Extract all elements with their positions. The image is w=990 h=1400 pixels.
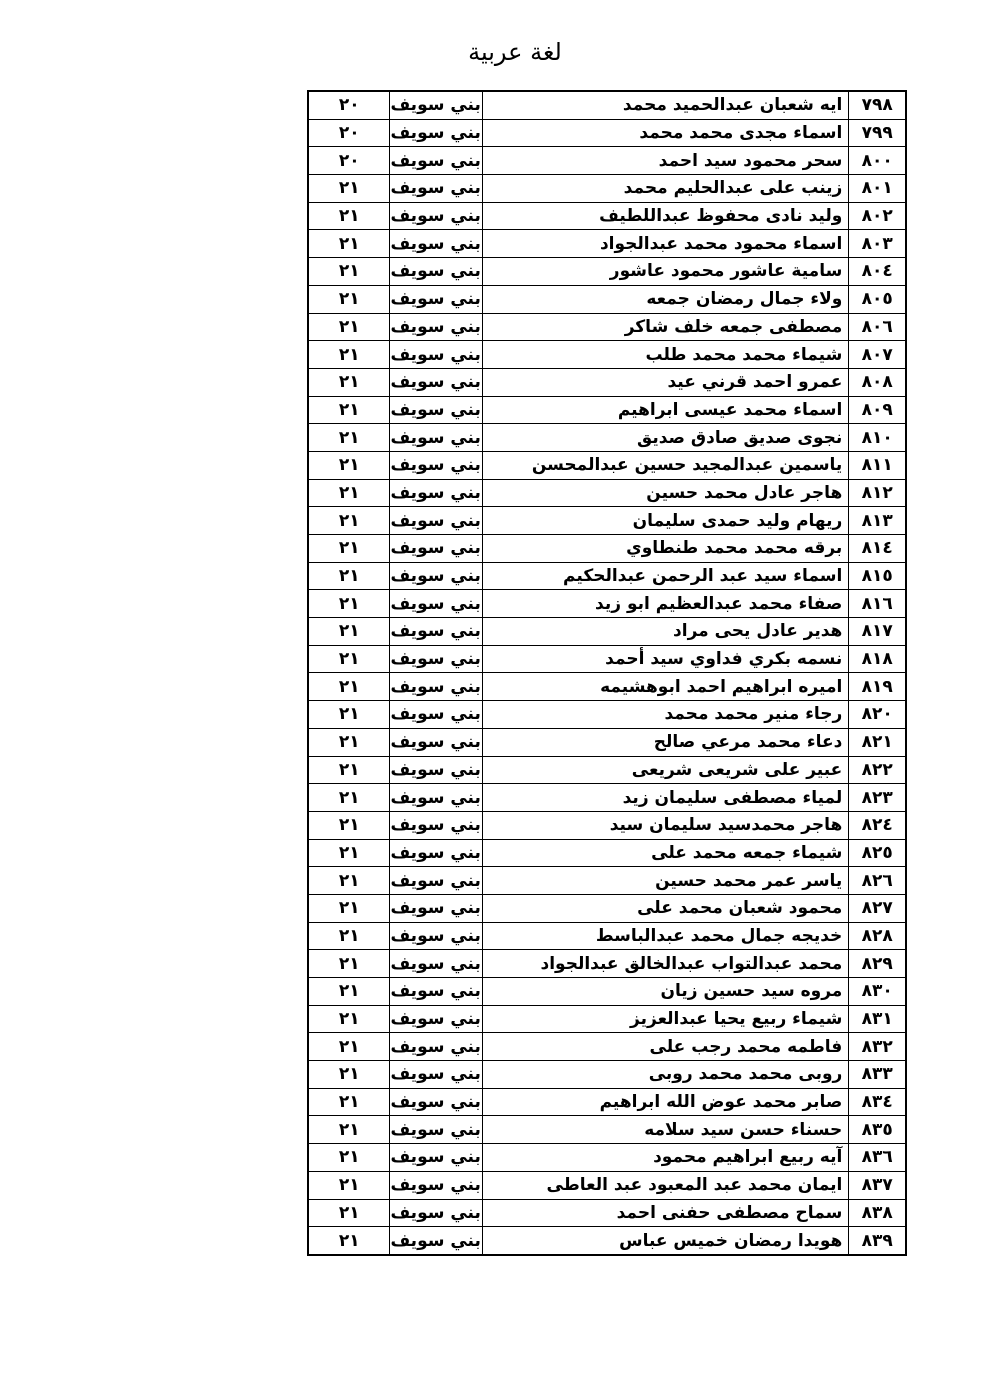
governorate: بني سويف	[390, 1116, 482, 1144]
score-value: ٢١	[308, 894, 390, 922]
governorate: بني سويف	[390, 258, 482, 286]
governorate: بني سويف	[390, 1199, 482, 1227]
table-row: ٨١٩اميره ابراهيم احمد ابوهشيمهبني سويف٢١	[308, 673, 906, 701]
table-row: ٨٢٥شيماء جمعه محمد علىبني سويف٢١	[308, 839, 906, 867]
governorate: بني سويف	[390, 839, 482, 867]
governorate: بني سويف	[390, 784, 482, 812]
governorate: بني سويف	[390, 618, 482, 646]
score-value: ٢١	[308, 1144, 390, 1172]
student-name: اسماء سيد عبد الرحمن عبدالحكيم	[482, 562, 848, 590]
row-number: ٨٠١	[849, 175, 906, 203]
score-value: ٢١	[308, 396, 390, 424]
page-title: لغة عربية	[0, 38, 990, 66]
roster-table: ٧٩٨ايه شعبان عبدالحميد محمدبني سويف٢٠٧٩٩…	[307, 90, 907, 1256]
table-row: ٨٢٠رجاء منير محمد محمدبني سويف٢١	[308, 701, 906, 729]
score-value: ٢١	[308, 728, 390, 756]
governorate: بني سويف	[390, 1171, 482, 1199]
table-row: ٨٣٧ايمان محمد عبد المعبود عبد العاطىبني …	[308, 1171, 906, 1199]
student-name: مروه سيد حسين زيان	[482, 978, 848, 1006]
score-value: ٢١	[308, 479, 390, 507]
table-row: ٨٣٤صابر محمد عوض الله ابراهيمبني سويف٢١	[308, 1088, 906, 1116]
governorate: بني سويف	[390, 1033, 482, 1061]
row-number: ٨٢٧	[849, 894, 906, 922]
governorate: بني سويف	[390, 341, 482, 369]
table-row: ٨٢٩محمد عبدالتواب عبدالخالق عبدالجوادبني…	[308, 950, 906, 978]
governorate: بني سويف	[390, 313, 482, 341]
row-number: ٨٠٩	[849, 396, 906, 424]
row-number: ٨٢٤	[849, 811, 906, 839]
score-value: ٢٠	[308, 147, 390, 175]
governorate: بني سويف	[390, 645, 482, 673]
roster-body: ٧٩٨ايه شعبان عبدالحميد محمدبني سويف٢٠٧٩٩…	[308, 91, 906, 1255]
score-value: ٢١	[308, 285, 390, 313]
row-number: ٨٠٦	[849, 313, 906, 341]
row-number: ٨١١	[849, 451, 906, 479]
row-number: ٨١٧	[849, 618, 906, 646]
student-name: سامية عاشور محمود عاشور	[482, 258, 848, 286]
score-value: ٢١	[308, 368, 390, 396]
score-value: ٢١	[308, 562, 390, 590]
score-value: ٢١	[308, 756, 390, 784]
score-value: ٢١	[308, 1088, 390, 1116]
governorate: بني سويف	[390, 1144, 482, 1172]
row-number: ٧٩٩	[849, 119, 906, 147]
table-row: ٨٢٢عبير على شريعى شريعىبني سويف٢١	[308, 756, 906, 784]
score-value: ٢١	[308, 701, 390, 729]
student-name: محمد عبدالتواب عبدالخالق عبدالجواد	[482, 950, 848, 978]
governorate: بني سويف	[390, 147, 482, 175]
governorate: بني سويف	[390, 396, 482, 424]
governorate: بني سويف	[390, 562, 482, 590]
table-row: ٧٩٩اسماء مجدى محمد محمدبني سويف٢٠	[308, 119, 906, 147]
score-value: ٢٠	[308, 91, 390, 119]
table-row: ٨١٨نسمه بكري فداوي سيد أحمدبني سويف٢١	[308, 645, 906, 673]
row-number: ٨٢٩	[849, 950, 906, 978]
score-value: ٢٠	[308, 119, 390, 147]
student-name: شيماء محمد محمد طلب	[482, 341, 848, 369]
score-value: ٢١	[308, 507, 390, 535]
score-value: ٢١	[308, 839, 390, 867]
table-row: ٨٣٦آيه ربيع ابراهيم محمودبني سويف٢١	[308, 1144, 906, 1172]
student-name: عمرو احمد قرني عيد	[482, 368, 848, 396]
row-number: ٧٩٨	[849, 91, 906, 119]
score-value: ٢١	[308, 1227, 390, 1255]
table-row: ٨٠٢وليد نادى محفوظ عبداللطيفبني سويف٢١	[308, 202, 906, 230]
table-row: ٨٠٩اسماء محمد عيسى ابراهيمبني سويف٢١	[308, 396, 906, 424]
student-name: اسماء محمد عيسى ابراهيم	[482, 396, 848, 424]
governorate: بني سويف	[390, 175, 482, 203]
row-number: ٨١٤	[849, 535, 906, 563]
table-row: ٨١٢هاجر عادل محمد حسينبني سويف٢١	[308, 479, 906, 507]
governorate: بني سويف	[390, 285, 482, 313]
score-value: ٢١	[308, 313, 390, 341]
table-row: ٨٠٣اسماء محمود محمد عبدالجوادبني سويف٢١	[308, 230, 906, 258]
governorate: بني سويف	[390, 701, 482, 729]
score-value: ٢١	[308, 922, 390, 950]
table-row: ٨١٣ريهام وليد حمدى سليمانبني سويف٢١	[308, 507, 906, 535]
student-name: لمياء مصطفى سليمان زيد	[482, 784, 848, 812]
student-name: دعاء محمد مرعي صالح	[482, 728, 848, 756]
row-number: ٨٣١	[849, 1005, 906, 1033]
student-name: ياسمين عبدالمجيد حسين عبدالمحسن	[482, 451, 848, 479]
score-value: ٢١	[308, 451, 390, 479]
student-name: هويدا رمضان خميس عباس	[482, 1227, 848, 1255]
student-name: خديجه جمال محمد عبدالباسط	[482, 922, 848, 950]
governorate: بني سويف	[390, 1088, 482, 1116]
governorate: بني سويف	[390, 451, 482, 479]
student-name: هاجر محمدسيد سليمان سيد	[482, 811, 848, 839]
student-name: سماح مصطفى حفنى احمد	[482, 1199, 848, 1227]
governorate: بني سويف	[390, 1005, 482, 1033]
row-number: ٨٣٤	[849, 1088, 906, 1116]
table-row: ٨٠١زينب على عبدالحليم محمدبني سويف٢١	[308, 175, 906, 203]
table-row: ٨١٧هدير عادل يحى مرادبني سويف٢١	[308, 618, 906, 646]
student-name: شيماء جمعه محمد على	[482, 839, 848, 867]
student-name: اميره ابراهيم احمد ابوهشيمه	[482, 673, 848, 701]
table-row: ٨٣٨سماح مصطفى حفنى احمدبني سويف٢١	[308, 1199, 906, 1227]
table-row: ٨٢٤هاجر محمدسيد سليمان سيدبني سويف٢١	[308, 811, 906, 839]
title-text: لغة عربية	[468, 38, 562, 66]
student-name: اسماء محمود محمد عبدالجواد	[482, 230, 848, 258]
score-value: ٢١	[308, 978, 390, 1006]
governorate: بني سويف	[390, 728, 482, 756]
table-row: ٨٣٠مروه سيد حسين زيانبني سويف٢١	[308, 978, 906, 1006]
governorate: بني سويف	[390, 1227, 482, 1255]
score-value: ٢١	[308, 618, 390, 646]
score-value: ٢١	[308, 811, 390, 839]
row-number: ٨٣٧	[849, 1171, 906, 1199]
row-number: ٨١٢	[849, 479, 906, 507]
row-number: ٨١٣	[849, 507, 906, 535]
table-row: ٨١٠نجوى صديق صادق صديقبني سويف٢١	[308, 424, 906, 452]
score-value: ٢١	[308, 175, 390, 203]
governorate: بني سويف	[390, 673, 482, 701]
student-name: ايمان محمد عبد المعبود عبد العاطى	[482, 1171, 848, 1199]
row-number: ٨٢٠	[849, 701, 906, 729]
score-value: ٢١	[308, 673, 390, 701]
row-number: ٨٢٥	[849, 839, 906, 867]
score-value: ٢١	[308, 424, 390, 452]
score-value: ٢١	[308, 1061, 390, 1089]
row-number: ٨٠٨	[849, 368, 906, 396]
table-row: ٨٠٧شيماء محمد محمد طلببني سويف٢١	[308, 341, 906, 369]
row-number: ٨٢٢	[849, 756, 906, 784]
table-row: ٨١١ياسمين عبدالمجيد حسين عبدالمحسنبني سو…	[308, 451, 906, 479]
row-number: ٨٠٧	[849, 341, 906, 369]
row-number: ٨٣٢	[849, 1033, 906, 1061]
row-number: ٨٠٠	[849, 147, 906, 175]
governorate: بني سويف	[390, 590, 482, 618]
row-number: ٨٣٣	[849, 1061, 906, 1089]
student-name: فاطمه محمد رجب على	[482, 1033, 848, 1061]
student-name: ايه شعبان عبدالحميد محمد	[482, 91, 848, 119]
governorate: بني سويف	[390, 368, 482, 396]
score-value: ٢١	[308, 341, 390, 369]
row-number: ٨٠٣	[849, 230, 906, 258]
student-name: زينب على عبدالحليم محمد	[482, 175, 848, 203]
score-value: ٢١	[308, 535, 390, 563]
governorate: بني سويف	[390, 535, 482, 563]
score-value: ٢١	[308, 867, 390, 895]
student-name: آيه ربيع ابراهيم محمود	[482, 1144, 848, 1172]
governorate: بني سويف	[390, 91, 482, 119]
row-number: ٨٣٨	[849, 1199, 906, 1227]
table-row: ٨٢٦ياسر عمر محمد حسينبني سويف٢١	[308, 867, 906, 895]
score-value: ٢١	[308, 1033, 390, 1061]
student-name: ياسر عمر محمد حسين	[482, 867, 848, 895]
student-name: سحر محمود سيد احمد	[482, 147, 848, 175]
row-number: ٨٣٠	[849, 978, 906, 1006]
table-row: ٨٣٩هويدا رمضان خميس عباسبني سويف٢١	[308, 1227, 906, 1255]
governorate: بني سويف	[390, 978, 482, 1006]
table-row: ٨٣٥حسناء حسن سيد سلامهبني سويف٢١	[308, 1116, 906, 1144]
row-number: ٨١٨	[849, 645, 906, 673]
student-name: اسماء مجدى محمد محمد	[482, 119, 848, 147]
score-value: ٢١	[308, 645, 390, 673]
student-name: صفاء محمد عبدالعظيم ابو زيد	[482, 590, 848, 618]
row-number: ٨٢٦	[849, 867, 906, 895]
governorate: بني سويف	[390, 867, 482, 895]
score-value: ٢١	[308, 230, 390, 258]
governorate: بني سويف	[390, 507, 482, 535]
student-name: حسناء حسن سيد سلامه	[482, 1116, 848, 1144]
governorate: بني سويف	[390, 424, 482, 452]
table-row: ٨٢٧محمود شعبان محمد علىبني سويف٢١	[308, 894, 906, 922]
governorate: بني سويف	[390, 479, 482, 507]
governorate: بني سويف	[390, 202, 482, 230]
table-row: ٨١٥اسماء سيد عبد الرحمن عبدالحكيمبني سوي…	[308, 562, 906, 590]
governorate: بني سويف	[390, 756, 482, 784]
row-number: ٨١٠	[849, 424, 906, 452]
student-name: شيماء ربيع يحيا عبدالعزيز	[482, 1005, 848, 1033]
table-row: ٨١٤برقه محمد محمد طنطاويبني سويف٢١	[308, 535, 906, 563]
score-value: ٢١	[308, 258, 390, 286]
table-row: ٨٣٢فاطمه محمد رجب علىبني سويف٢١	[308, 1033, 906, 1061]
table-row: ٨٠٦مصطفى جمعه خلف شاكربني سويف٢١	[308, 313, 906, 341]
row-number: ٨١٩	[849, 673, 906, 701]
row-number: ٨١٦	[849, 590, 906, 618]
row-number: ٨٠٢	[849, 202, 906, 230]
governorate: بني سويف	[390, 1061, 482, 1089]
student-name: نسمه بكري فداوي سيد أحمد	[482, 645, 848, 673]
row-number: ٨٣٥	[849, 1116, 906, 1144]
student-name: ولاء جمال رمضان جمعه	[482, 285, 848, 313]
row-number: ٨٢١	[849, 728, 906, 756]
student-name: صابر محمد عوض الله ابراهيم	[482, 1088, 848, 1116]
row-number: ٨٢٨	[849, 922, 906, 950]
score-value: ٢١	[308, 1005, 390, 1033]
table-row: ٨٣٣روبى محمد محمد روبىبني سويف٢١	[308, 1061, 906, 1089]
student-name: ريهام وليد حمدى سليمان	[482, 507, 848, 535]
governorate: بني سويف	[390, 922, 482, 950]
score-value: ٢١	[308, 784, 390, 812]
table-row: ٧٩٨ايه شعبان عبدالحميد محمدبني سويف٢٠	[308, 91, 906, 119]
score-value: ٢١	[308, 590, 390, 618]
governorate: بني سويف	[390, 894, 482, 922]
score-value: ٢١	[308, 1199, 390, 1227]
score-value: ٢١	[308, 202, 390, 230]
student-name: هدير عادل يحى مراد	[482, 618, 848, 646]
table-row: ٨٢١دعاء محمد مرعي صالحبني سويف٢١	[308, 728, 906, 756]
student-name: روبى محمد محمد روبى	[482, 1061, 848, 1089]
student-name: عبير على شريعى شريعى	[482, 756, 848, 784]
student-name: هاجر عادل محمد حسين	[482, 479, 848, 507]
student-name: محمود شعبان محمد على	[482, 894, 848, 922]
governorate: بني سويف	[390, 230, 482, 258]
table-row: ٨٠٤سامية عاشور محمود عاشوربني سويف٢١	[308, 258, 906, 286]
row-number: ٨٢٣	[849, 784, 906, 812]
table-row: ٨٠٨عمرو احمد قرني عيدبني سويف٢١	[308, 368, 906, 396]
student-name: وليد نادى محفوظ عبداللطيف	[482, 202, 848, 230]
student-name: رجاء منير محمد محمد	[482, 701, 848, 729]
row-number: ٨٠٥	[849, 285, 906, 313]
table-row: ٨٣١شيماء ربيع يحيا عبدالعزيزبني سويف٢١	[308, 1005, 906, 1033]
governorate: بني سويف	[390, 950, 482, 978]
table-row: ٨١٦صفاء محمد عبدالعظيم ابو زيدبني سويف٢١	[308, 590, 906, 618]
score-value: ٢١	[308, 950, 390, 978]
score-value: ٢١	[308, 1116, 390, 1144]
table-row: ٨٢٨خديجه جمال محمد عبدالباسطبني سويف٢١	[308, 922, 906, 950]
row-number: ٨١٥	[849, 562, 906, 590]
table-row: ٨٠٠سحر محمود سيد احمدبني سويف٢٠	[308, 147, 906, 175]
score-value: ٢١	[308, 1171, 390, 1199]
table-row: ٨٠٥ولاء جمال رمضان جمعهبني سويف٢١	[308, 285, 906, 313]
governorate: بني سويف	[390, 119, 482, 147]
student-name: نجوى صديق صادق صديق	[482, 424, 848, 452]
governorate: بني سويف	[390, 811, 482, 839]
student-name: مصطفى جمعه خلف شاكر	[482, 313, 848, 341]
table-row: ٨٢٣لمياء مصطفى سليمان زيدبني سويف٢١	[308, 784, 906, 812]
row-number: ٨٣٦	[849, 1144, 906, 1172]
row-number: ٨٠٤	[849, 258, 906, 286]
student-name: برقه محمد محمد طنطاوي	[482, 535, 848, 563]
row-number: ٨٣٩	[849, 1227, 906, 1255]
